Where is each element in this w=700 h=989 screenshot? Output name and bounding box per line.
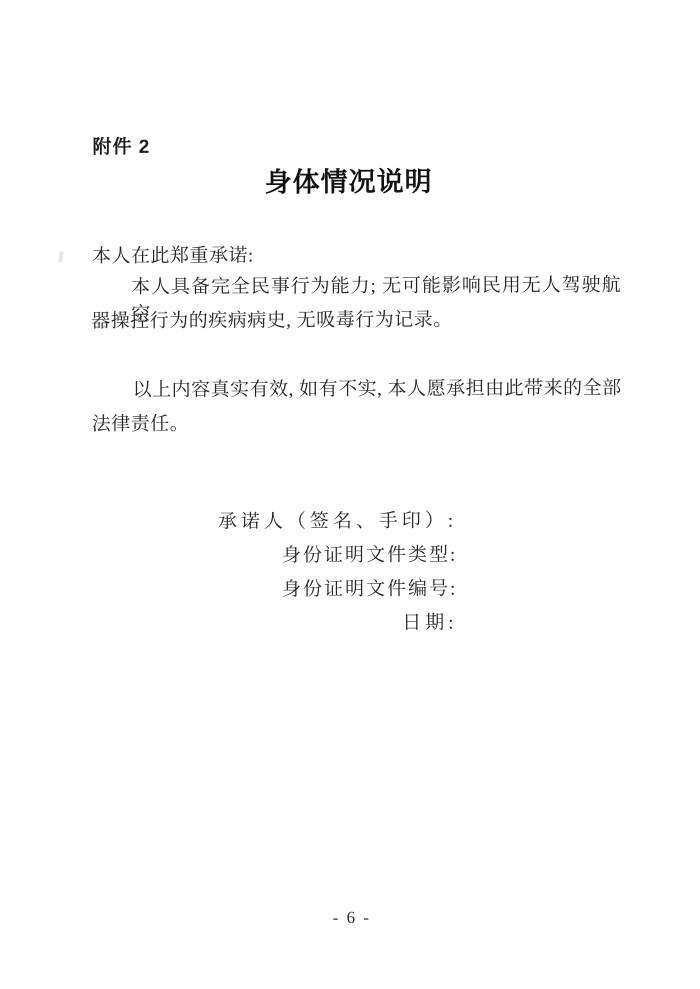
id-document-type-label: 身份证明文件类型: (218, 539, 457, 574)
validity-paragraph-line-2: 法律责任。 (92, 409, 190, 436)
document-page: 附件 2 身体情况说明 本人在此郑重承诺: 本人具备完全民事行为能力; 无可能影… (0, 0, 700, 989)
id-document-number-label: 身份证明文件编号: (218, 573, 457, 608)
lead-sentence: 本人在此郑重承诺: (92, 240, 254, 268)
date-label: 日期: (218, 607, 457, 642)
attachment-label: 附件 2 (92, 132, 150, 159)
document-title: 身体情况说明 (0, 158, 699, 200)
signature-block: 承诺人（签名、手印）: 身份证明文件类型: 身份证明文件编号: 日期: (218, 505, 458, 642)
scan-artifact (58, 251, 63, 262)
commitment-paragraph-line-2: 器操控行为的疾病病史, 无吸毒行为记录。 (91, 305, 453, 334)
promisor-signature-label: 承诺人（签名、手印）: (218, 505, 457, 540)
validity-paragraph-line-1: 以上内容真实有效, 如有不实, 本人愿承担由此带来的全部 (132, 373, 621, 402)
page-number: - 6 - (2, 906, 700, 929)
